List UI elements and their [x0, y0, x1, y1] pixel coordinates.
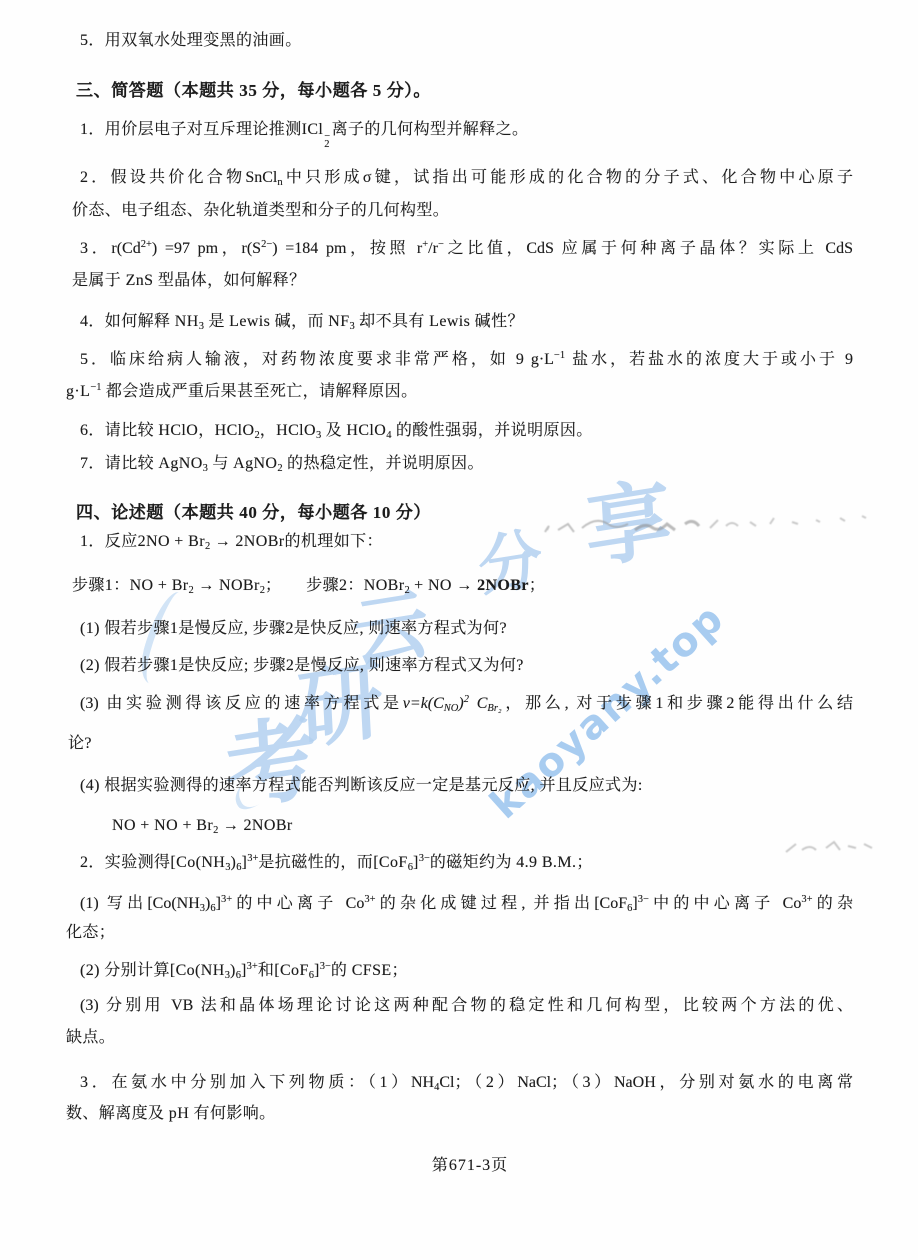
question-line: g·L−1 都会造成严重后果甚至死亡，请解释原因。: [66, 381, 418, 402]
question-line: 2．实验测得[Co(NH3)6]3+是抗磁性的，而[CoF6]3−的磁矩约为 4…: [80, 852, 593, 873]
section-heading: 四、论述题（本题共 40 分，每小题各 10 分）: [76, 502, 431, 523]
scanned-exam-page: 考 研 云 分 享 kaoyany.top 5．用双氧水处理变黑的油画。 三、简…: [0, 0, 918, 1260]
sub-question-line: (3) 由实验测得该反应的速率方程式是v=k(CNO)2 CBr₂，那么, 对于…: [80, 693, 853, 714]
question-line: 6．请比较 HClO，HClO2，HClO3 及 HClO4 的酸性强弱，并说明…: [80, 420, 593, 441]
question-line: 7．请比较 AgNO3 与 AgNO2 的热稳定性，并说明原因。: [80, 453, 484, 474]
question-line: 价态、电子组态、杂化轨道类型和分子的几何构型。: [72, 200, 449, 221]
watermark-cn-char: 享: [582, 448, 673, 586]
sub-question-line: (2) 假若步骤1是快反应; 步骤2是慢反应, 则速率方程式又为何?: [80, 655, 524, 676]
pencil-scribble: [540, 500, 880, 550]
question-line: 4．如何解释 NH3 是 Lewis 碱，而 NF3 却不具有 Lewis 碱性…: [80, 311, 524, 332]
question-line: 5．临床给病人输液，对药物浓度要求非常严格，如 9 g·L−1 盐水，若盐水的浓…: [80, 349, 853, 370]
question-line: 是属于 ZnS 型晶体，如何解释？: [72, 270, 305, 291]
sub-question-line: 化态；: [66, 922, 115, 943]
sub-question-line: (1) 假若步骤1是慢反应, 步骤2是快反应, 则速率方程式为何?: [80, 618, 507, 639]
question-line: 3．r(Cd2+) =97 pm，r(S2−) =184 pm，按照 r+/r−…: [80, 238, 853, 259]
question-line: 1．用价层电子对互斥理论推测ICl−2离子的几何构型并解释之。: [80, 119, 528, 149]
question-line: 1．反应2NO + Br2 → 2NOBr的机理如下：: [80, 531, 383, 552]
sub-question-line: 论?: [68, 733, 92, 754]
sub-question-line: (2) 分别计算[Co(NH3)6]3+和[CoF6]3−的 CFSE；: [80, 960, 408, 981]
section-heading: 三、简答题（本题共 35 分，每小题各 5 分）。: [76, 80, 431, 101]
pencil-scribble: [782, 834, 877, 862]
question-line: 2．假设共价化合物SnCln中只形成σ键，试指出可能形成的化合物的分子式、化合物…: [80, 167, 853, 188]
chemical-equation: NO + NO + Br2 → 2NOBr: [112, 815, 293, 836]
question-line: 数、解离度及 pH 有何影响。: [66, 1103, 276, 1124]
question-line: 3．在氨水中分别加入下列物质：（1）NH4Cl；（2）NaCl；（3）NaOH，…: [80, 1072, 853, 1093]
sub-question-line: (3) 分别用 VB 法和晶体场理论讨论这两种配合物的稳定性和几何构型，比较两个…: [80, 995, 853, 1016]
sub-question-line: 缺点。: [66, 1027, 115, 1048]
sub-question-line: (4) 根据实验测得的速率方程式能否判断该反应一定是基元反应, 并且反应式为:: [80, 775, 643, 796]
reaction-steps-line: 步骤1：NO + Br2 → NOBr2； 步骤2：NOBr2 + NO → 2…: [72, 575, 545, 596]
page-number: 第671-3页: [0, 1152, 918, 1175]
list-item: 5．用双氧水处理变黑的油画。: [80, 30, 302, 51]
sub-question-line: (1) 写出[Co(NH3)6]3+的中心离子 Co3+的杂化成键过程, 并指出…: [80, 893, 853, 914]
